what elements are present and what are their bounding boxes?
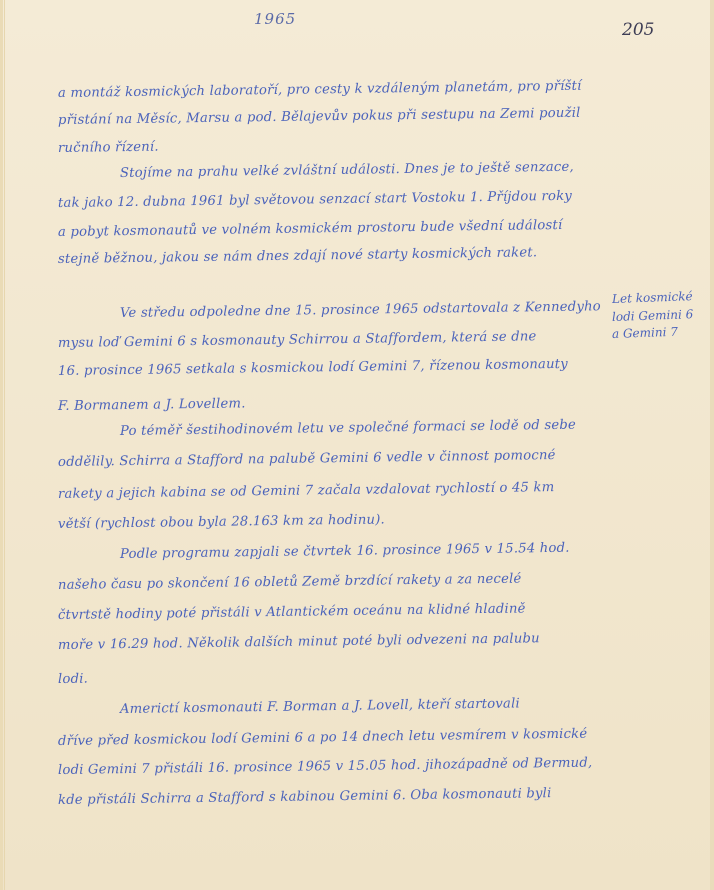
text-line: Podle programu zapjali se čtvrtek 16. pr…: [120, 541, 570, 562]
text-line: Stojíme na prahu velké zvláštní události…: [120, 160, 574, 181]
text-line: a montáž kosmických laboratoří, pro cest…: [58, 79, 582, 101]
text-line: přistání na Měsíc, Marsu a pod. Bělajevů…: [58, 106, 581, 128]
text-line: a pobyt kosmonautů ve volném kosmickém p…: [58, 218, 563, 240]
text-line: Americtí kosmonauti F. Borman a J. Lovel…: [120, 696, 520, 717]
text-line: stejně běžnou, jakou se nám dnes zdají n…: [58, 245, 537, 267]
text-line: kde přistáli Schirra a Stafford s kabino…: [58, 786, 552, 808]
text-line: větší (rychlost obou byla 28.163 km za h…: [58, 512, 385, 532]
text-line: našeho času po skončení 16 obletů Země b…: [58, 572, 522, 593]
text-line: Ve středu odpoledne dne 15. prosince 196…: [120, 299, 601, 321]
margin-note-line: a Gemini 7: [612, 325, 678, 341]
text-line: F. Bormanem a J. Lovellem.: [58, 396, 246, 414]
margin-note-line: Let kosmické: [612, 289, 693, 306]
text-line: dříve před kosmickou lodí Gemini 6 a po …: [58, 727, 588, 749]
text-line: Po téměř šestihodinovém letu ve společné…: [120, 418, 576, 439]
text-line: lodi Gemini 7 přistáli 16. prosince 1965…: [58, 756, 593, 778]
text-line: mysu loď Gemini 6 s kosmonauty Schirrou …: [58, 329, 537, 351]
text-line: ručního řízení.: [58, 140, 159, 156]
text-line: moře v 16.29 hod. Několik dalších minut …: [58, 631, 540, 653]
text-line: rakety a jejich kabina se od Gemini 7 za…: [58, 480, 555, 502]
margin-note-line: lodi Gemini 6: [612, 307, 694, 324]
page-year-heading: 1965: [254, 10, 296, 28]
text-line: oddělily. Schirra a Stafford na palubě G…: [58, 448, 556, 470]
text-line: 16. prosince 1965 setkala s kosmickou lo…: [58, 357, 568, 379]
text-line: tak jako 12. dubna 1961 byl světovou sen…: [58, 189, 572, 211]
page-edge: [4, 0, 5, 890]
text-line: lodi.: [58, 672, 88, 687]
text-line: čtvrtstě hodiny poté přistáli v Atlantic…: [58, 601, 526, 623]
document-page: 1965 205 a montáž kosmických laboratoří,…: [0, 0, 714, 890]
page-number: 205: [622, 20, 654, 40]
